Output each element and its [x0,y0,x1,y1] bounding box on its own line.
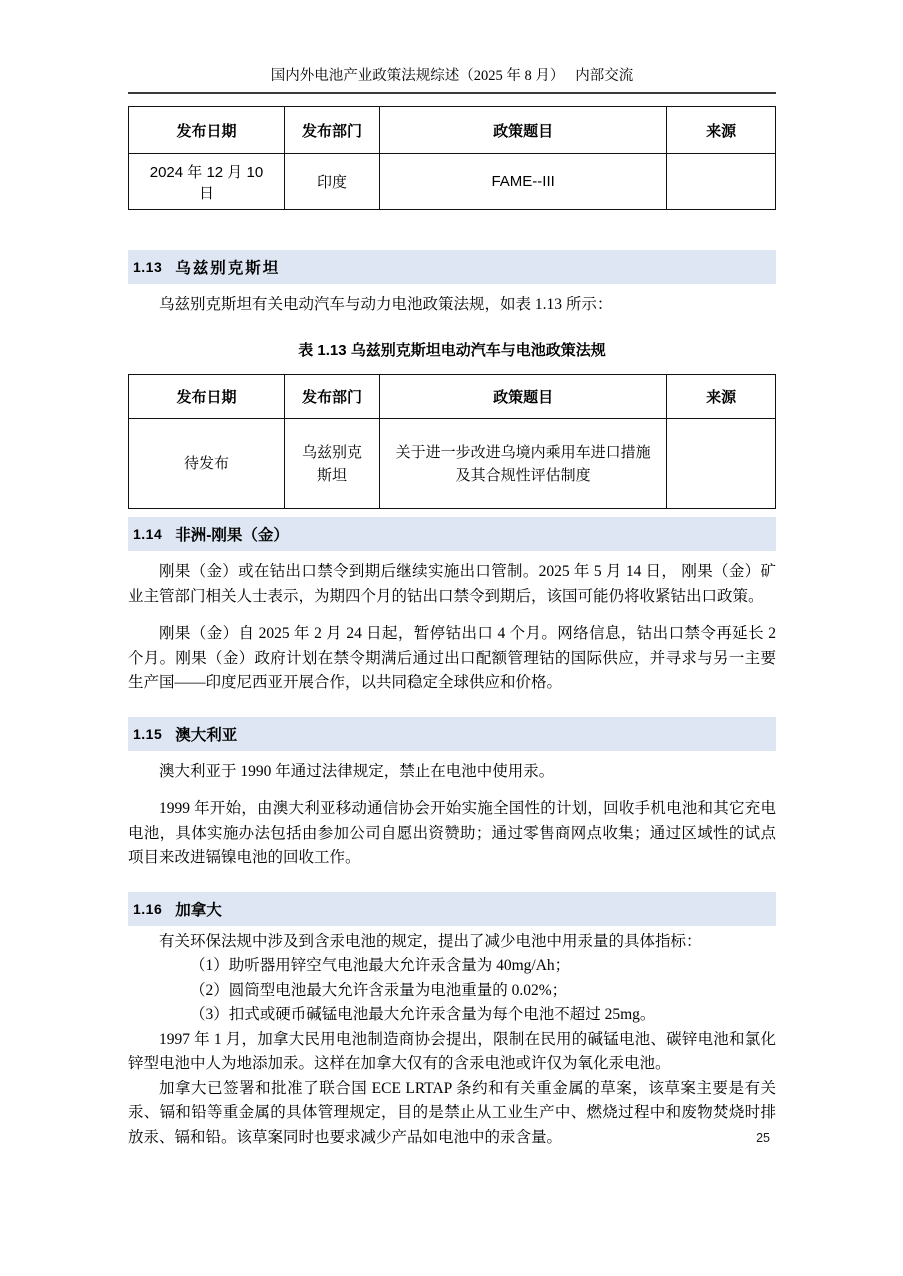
section-number: 1.15 [133,726,162,742]
paragraph: 有关环保法规中涉及到含汞电池的规定，提出了减少电池中用汞量的具体指标： [128,930,776,954]
column-header-source: 来源 [667,107,776,154]
paragraph: 1997 年 1 月，加拿大民用电池制造商协会提出，限制在民用的碱锰电池、碳锌电… [128,1028,776,1077]
column-header-source: 来源 [667,375,776,419]
table-row: 2024 年 12 月 10 日 印度 FAME--III [129,154,776,210]
paragraph: 1999 年开始，由澳大利亚移动通信协会开始实施全国性的计划，回收手机电池和其它… [128,797,776,870]
section-title: 乌兹别克斯坦 [175,256,280,278]
uzbekistan-policy-table: 发布日期 发布部门 政策题目 来源 待发布 乌兹别克斯坦 关于进一步改进乌境内乘… [128,374,776,509]
section-title: 加拿大 [175,898,222,920]
cell-source [667,419,776,509]
section-number: 1.16 [133,901,162,917]
cell-policy: FAME--III [380,154,667,210]
page-content: 国内外电池产业政策法规综述（2025 年 8 月） 内部交流 发布日期 发布部门… [128,0,776,1150]
running-header: 国内外电池产业政策法规综述（2025 年 8 月） 内部交流 [128,64,776,94]
table-row: 待发布 乌兹别克斯坦 关于进一步改进乌境内乘用车进口措施及其合规性评估制度 [129,419,776,509]
paragraph: 刚果（金）自 2025 年 2 月 24 日起，暂停钴出口 4 个月。网络信息，… [128,622,776,695]
list-item: （1）助听器用锌空气电池最大允许汞含量为 40mg/Ah； [128,954,776,978]
paragraph: 加拿大已签署和批准了联合国 ECE LRTAP 条约和有关重金属的草案，该草案主… [128,1077,776,1150]
cell-policy: 关于进一步改进乌境内乘用车进口措施及其合规性评估制度 [380,419,667,509]
section-title: 澳大利亚 [175,723,237,745]
paragraph: 澳大利亚于 1990 年通过法律规定，禁止在电池中使用汞。 [128,760,776,784]
column-header-date: 发布日期 [129,375,285,419]
table-caption-1-13: 表 1.13 乌兹别克斯坦电动汽车与电池政策法规 [128,339,776,360]
column-header-policy: 政策题目 [380,107,667,154]
section-heading-1-14: 1.14 非洲-刚果（金） [128,517,776,551]
mercury-limit-list: （1）助听器用锌空气电池最大允许汞含量为 40mg/Ah； （2）圆筒型电池最大… [128,954,776,1027]
list-item: （3）扣式或硬币碱锰电池最大允许汞含量为每个电池不超过 25mg。 [128,1003,776,1027]
section-heading-1-13: 1.13 乌兹别克斯坦 [128,250,776,284]
cell-date: 待发布 [129,419,285,509]
cell-date: 2024 年 12 月 10 日 [129,154,285,210]
header-divider [128,92,776,94]
section-number: 1.14 [133,526,162,542]
section-heading-1-15: 1.15 澳大利亚 [128,717,776,751]
section-number: 1.13 [133,259,162,275]
header-title: 国内外电池产业政策法规综述（2025 年 8 月） 内部交流 [128,64,776,85]
cell-dept: 乌兹别克斯坦 [284,419,379,509]
column-header-dept: 发布部门 [284,375,379,419]
section-heading-1-16: 1.16 加拿大 [128,892,776,926]
cell-dept: 印度 [284,154,379,210]
cell-source [667,154,776,210]
column-header-policy: 政策题目 [380,375,667,419]
section-title: 非洲-刚果（金） [175,523,289,545]
india-policy-table: 发布日期 发布部门 政策题目 来源 2024 年 12 月 10 日 印度 FA… [128,106,776,210]
column-header-dept: 发布部门 [284,107,379,154]
document-page: 国内外电池产业政策法规综述（2025 年 8 月） 内部交流 发布日期 发布部门… [0,0,903,1276]
table-header-row: 发布日期 发布部门 政策题目 来源 [129,375,776,419]
paragraph: 刚果（金）或在钴出口禁令到期后继续实施出口管制。2025 年 5 月 14 日，… [128,560,776,609]
table-header-row: 发布日期 发布部门 政策题目 来源 [129,107,776,154]
column-header-date: 发布日期 [129,107,285,154]
list-item: （2）圆筒型电池最大允许含汞量为电池重量的 0.02%； [128,979,776,1003]
page-number: 25 [756,1131,770,1145]
paragraph: 乌兹别克斯坦有关电动汽车与动力电池政策法规，如表 1.13 所示： [128,293,776,317]
